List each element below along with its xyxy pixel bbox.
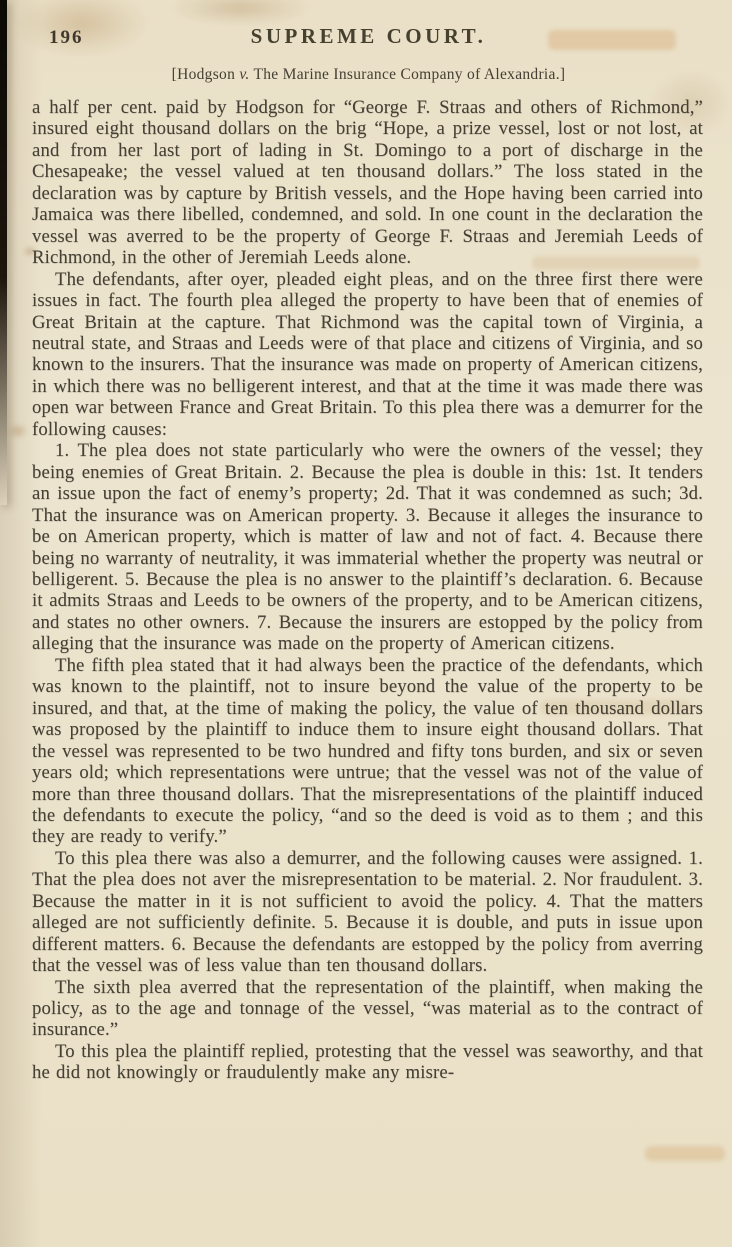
page-header: 196 SUPREME COURT. (33, 24, 704, 49)
paragraph-2: The defendants, after oyer, pleaded eigh… (32, 269, 703, 441)
caption-post: The Marine Insurance Company of Alexandr… (250, 66, 566, 83)
page-edge-shadow (0, 0, 7, 505)
paper-stain (4, 420, 32, 442)
caption-versus: v. (239, 66, 249, 83)
book-page: 196 SUPREME COURT. [Hodgson v. The Marin… (0, 0, 732, 1247)
caption-pre: [Hodgson (172, 66, 240, 83)
paragraph-5: To this plea there was also a demurrer, … (32, 848, 703, 977)
paragraph-7: To this plea the plaintiff replied, prot… (32, 1041, 703, 1084)
page-number: 196 (49, 27, 84, 49)
paragraph-3: 1. The plea does not state particularly … (32, 440, 703, 655)
opinion-text: a half per cent. paid by Hodgson for “Ge… (32, 97, 703, 1084)
running-header: SUPREME COURT. (251, 24, 487, 48)
case-caption: [Hodgson v. The Marine Insurance Company… (33, 66, 704, 84)
paragraph-4: The fifth plea stated that it had always… (32, 655, 703, 848)
paragraph-6: The sixth plea averred that the represen… (32, 977, 703, 1041)
paragraph-1: a half per cent. paid by Hodgson for “Ge… (32, 97, 703, 269)
ink-bleed-ghost (645, 1146, 725, 1161)
